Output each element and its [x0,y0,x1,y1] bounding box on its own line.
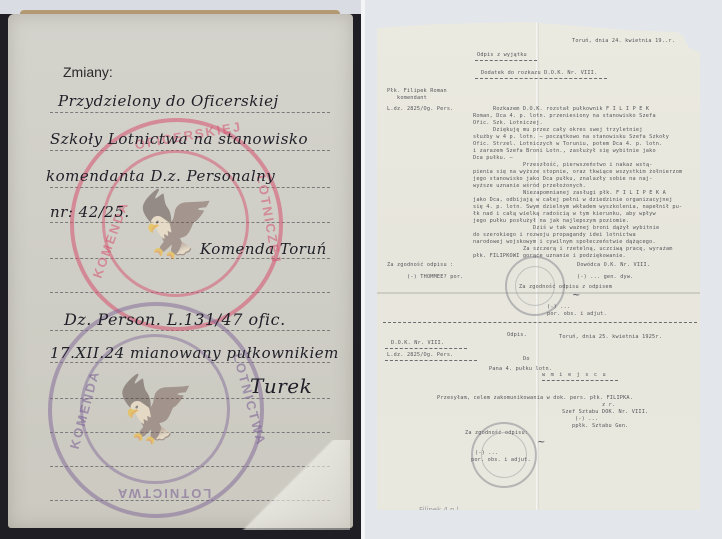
signature: Turek [250,374,312,398]
handwritten-line: Przydzielony do Oficerskiej [58,92,279,110]
underline [385,360,477,361]
section-office: D.O.K. Nr. VIII. [391,340,444,346]
location: w m i e j s c u [542,372,607,378]
booklet-photo: Zmiany: 🦅 OFICERSKIEJ KOMENDA LOTNICZEJ … [0,0,361,539]
section-body: Przesyłam, celem zakomunikowania w dok. … [437,395,633,401]
to-label: Do [523,356,530,362]
signer: (-) ... [547,304,570,310]
underline [542,380,618,381]
copy-confirmation: Za zgodność odpisu : [387,262,453,268]
underline [385,348,467,349]
closing-line: z r. [602,402,615,408]
closing-line: Szef Sztabu DOK. Nr. VIII. [562,409,648,415]
underline [475,78,607,79]
section-reference: L.dz. 2825/Og. Pers. [387,352,453,358]
handwritten-line: Dz. Person. L.131/47 ofic. [64,310,286,329]
signer-rank: por. obs. i adjut. [471,457,531,463]
letter-subtitle: Dodatek do rozkazu D.O.K. Nr. VIII. [481,70,597,76]
reference-number: L.dz. 2825/Og. Pers. [387,106,453,112]
section-divider [383,322,697,323]
letter-date: Toruń, dnia 24. kwietnia 19..r. [572,38,675,44]
signer-right: (-) ... gen. dyw. [577,274,634,280]
underline [475,60,537,61]
copy-confirmation: Za zgodność odpisu z odpisem [519,284,612,290]
addressee-title: komendant [397,95,427,101]
signer-rank: por. obs. i adjut. [547,311,607,317]
handwritten-line: Komenda Toruń [200,240,327,258]
red-official-stamp: 🦅 OFICERSKIEJ KOMENDA LOTNICZEJ [70,118,283,331]
handwritten-line: Szkoły Lotnictwa na stanowisko [50,130,308,148]
closing-line: (-) ... [575,416,598,422]
letter-body: Rozkazem D.O.K. rozstał pułkownik F I L … [473,106,682,238]
closing-line: ppłk. Sztabu Gen. [572,423,629,429]
stamp-text: LOTNICTWA [116,486,211,501]
section-place: Odpis. [507,332,527,338]
command-title: Dowódca O.K. Nr. VIII. [577,262,650,268]
signer: (-) ... [475,450,498,456]
signature: ~ [537,437,545,448]
ruled-line [50,112,330,113]
pencil-annotation: Filipek 4 p.l. [419,506,461,514]
handwritten-line: nr: 42/25. [50,203,130,221]
page-fold [230,440,350,530]
copy-label: Odpis z wyjątku [477,52,527,58]
eagle-emblem-icon: 🦅 [116,378,196,442]
signer-left: (-) THOMMEE? por. [407,274,464,280]
addressee-name: Płk. Filipek Roman [387,88,447,94]
handwritten-line: komendanta D.z. Personalny [46,167,275,185]
handwritten-line: 17.XII.24 mianowany pułkownikiem [50,344,339,362]
signature: ~ [572,290,580,301]
letter-photo: Toruń, dnia 24. kwietnia 19..r. Odpis z … [365,0,722,539]
changes-heading: Zmiany: [63,64,113,80]
letter-sheet: Toruń, dnia 24. kwietnia 19..r. Odpis z … [377,22,700,510]
section-date: Toruń, dnia 25. kwietnia 1925r. [559,334,662,340]
